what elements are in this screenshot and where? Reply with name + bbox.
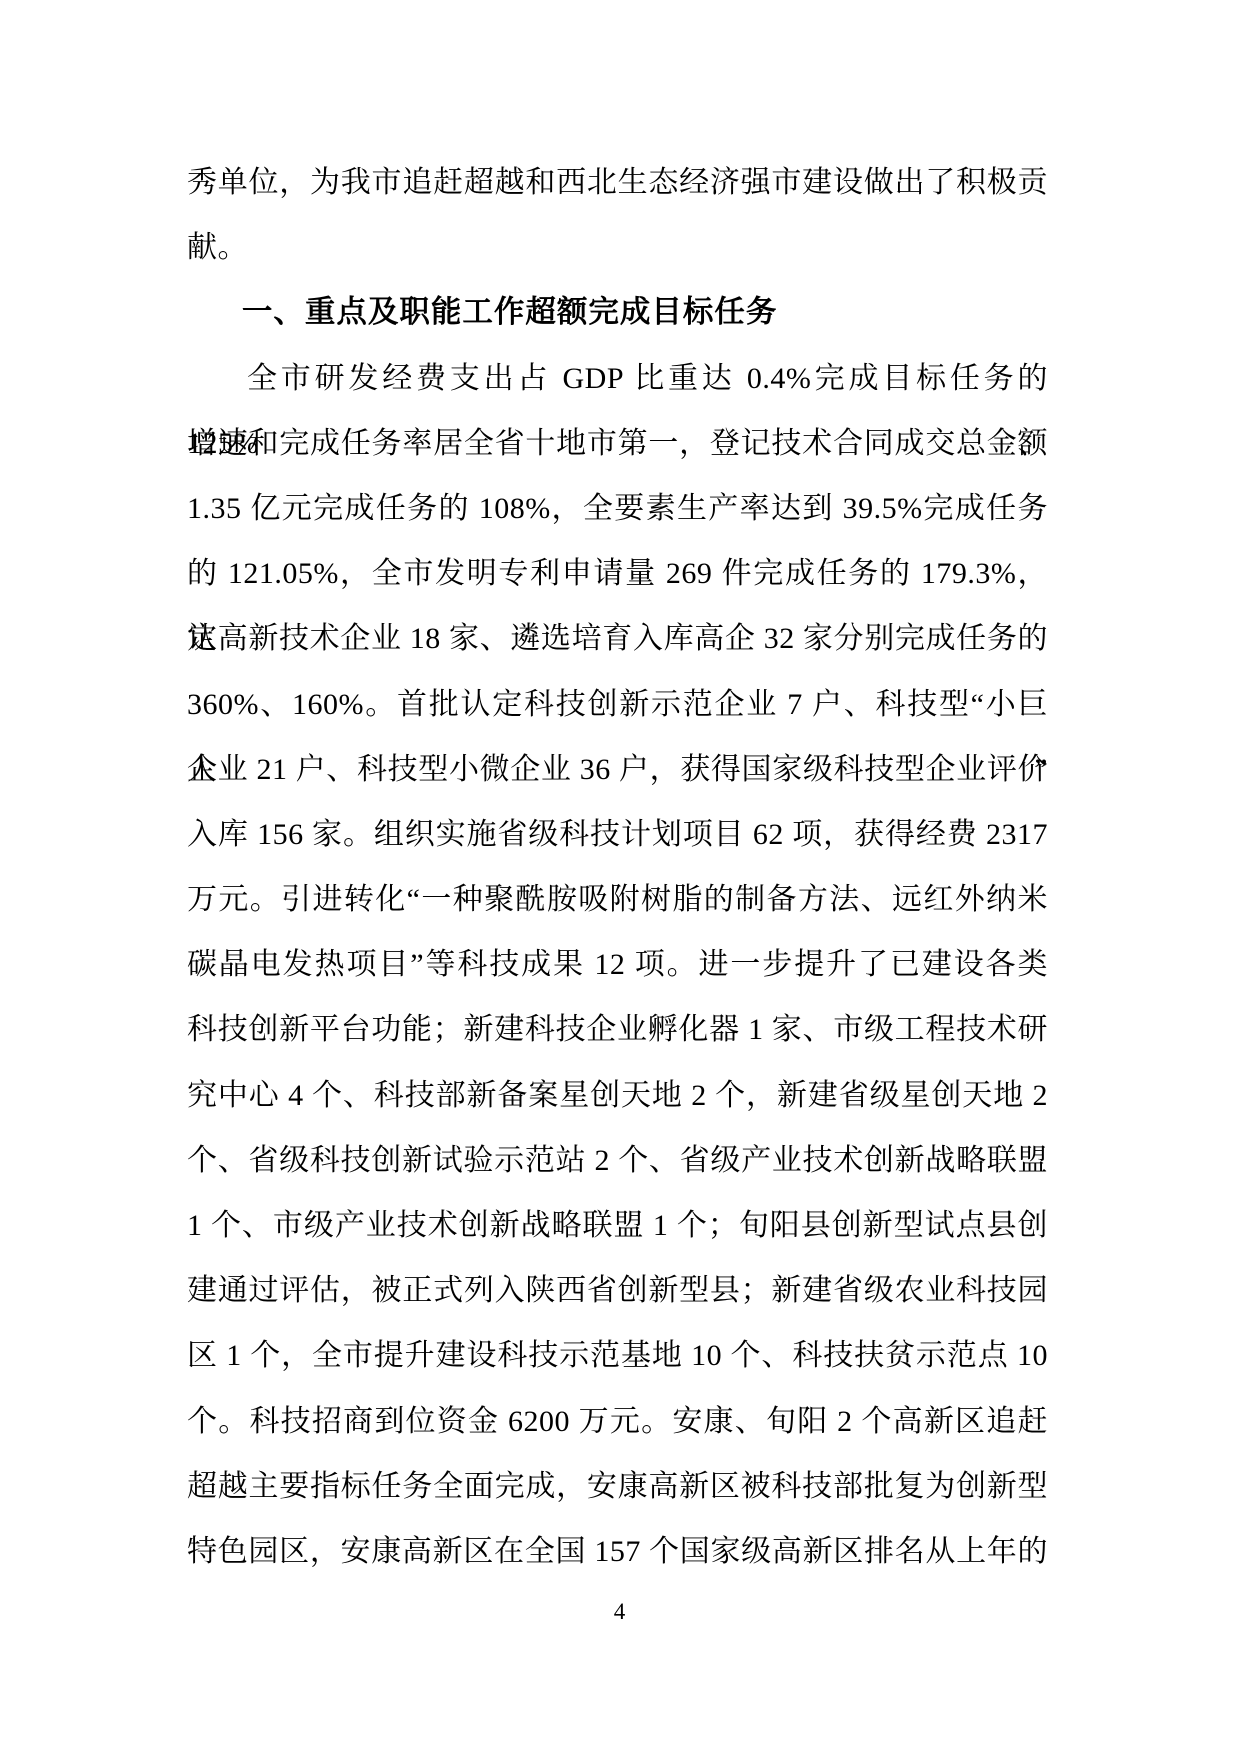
text-line: 企业 21 户、科技型小微企业 36 户，获得国家级科技型企业评价	[187, 737, 1048, 802]
text-line: 万元。引进转化“一种聚酰胺吸附树脂的制备方法、远红外纳米	[187, 867, 1048, 932]
text-line: 超越主要指标任务全面完成，安康高新区被科技部批复为创新型	[187, 1454, 1048, 1519]
text-line: 个。科技招商到位资金 6200 万元。安康、旬阳 2 个高新区追赶	[187, 1389, 1048, 1454]
text-line: 献。	[187, 215, 1048, 280]
text-line: 碳晶电发热项目”等科技成果 12 项。进一步提升了已建设各类	[187, 932, 1048, 997]
text-line: 个、省级科技创新试验示范站 2 个、省级产业技术创新战略联盟	[187, 1128, 1048, 1193]
text-line: 特色园区，安康高新区在全国 157 个国家级高新区排名从上年的	[187, 1519, 1048, 1584]
text-line: 360%、160%。首批认定科技创新示范企业 7 户、科技型“小巨人”	[187, 672, 1048, 737]
text-line: 增速和完成任务率居全省十地市第一，登记技术合同成交总金额	[187, 411, 1048, 476]
text-line: 1 个、市级产业技术创新战略联盟 1 个；旬阳县创新型试点县创	[187, 1193, 1048, 1258]
text-line: 建通过评估，被正式列入陕西省创新型县；新建省级农业科技园	[187, 1258, 1048, 1323]
text-line: 全市研发经费支出占 GDP 比重达 0.4%完成目标任务的 125%、	[187, 346, 1048, 411]
text-line: 秀单位，为我市追赶超越和西北生态经济强市建设做出了积极贡	[187, 150, 1048, 215]
text-line: 区 1 个，全市提升建设科技示范基地 10 个、科技扶贫示范点 10	[187, 1323, 1048, 1388]
text-line: 1.35 亿元完成任务的 108%，全要素生产率达到 39.5%完成任务	[187, 476, 1048, 541]
section-heading: 一、重点及职能工作超额完成目标任务	[187, 280, 1048, 345]
text-block: 秀单位，为我市追赶超越和西北生态经济强市建设做出了积极贡 献。 一、重点及职能工…	[187, 150, 1048, 1584]
text-line: 入库 156 家。组织实施省级科技计划项目 62 项，获得经费 2317	[187, 802, 1048, 867]
text-line: 科技创新平台功能；新建科技企业孵化器 1 家、市级工程技术研	[187, 997, 1048, 1062]
document-page: 秀单位，为我市追赶超越和西北生态经济强市建设做出了积极贡 献。 一、重点及职能工…	[0, 0, 1239, 1754]
text-line: 究中心 4 个、科技部新备案星创天地 2 个，新建省级星创天地 2	[187, 1063, 1048, 1128]
page-number: 4	[0, 1597, 1239, 1627]
text-line: 的 121.05%，全市发明专利申请量 269 件完成任务的 179.3%，认	[187, 541, 1048, 606]
text-line: 定高新技术企业 18 家、遴选培育入库高企 32 家分别完成任务的	[187, 606, 1048, 671]
